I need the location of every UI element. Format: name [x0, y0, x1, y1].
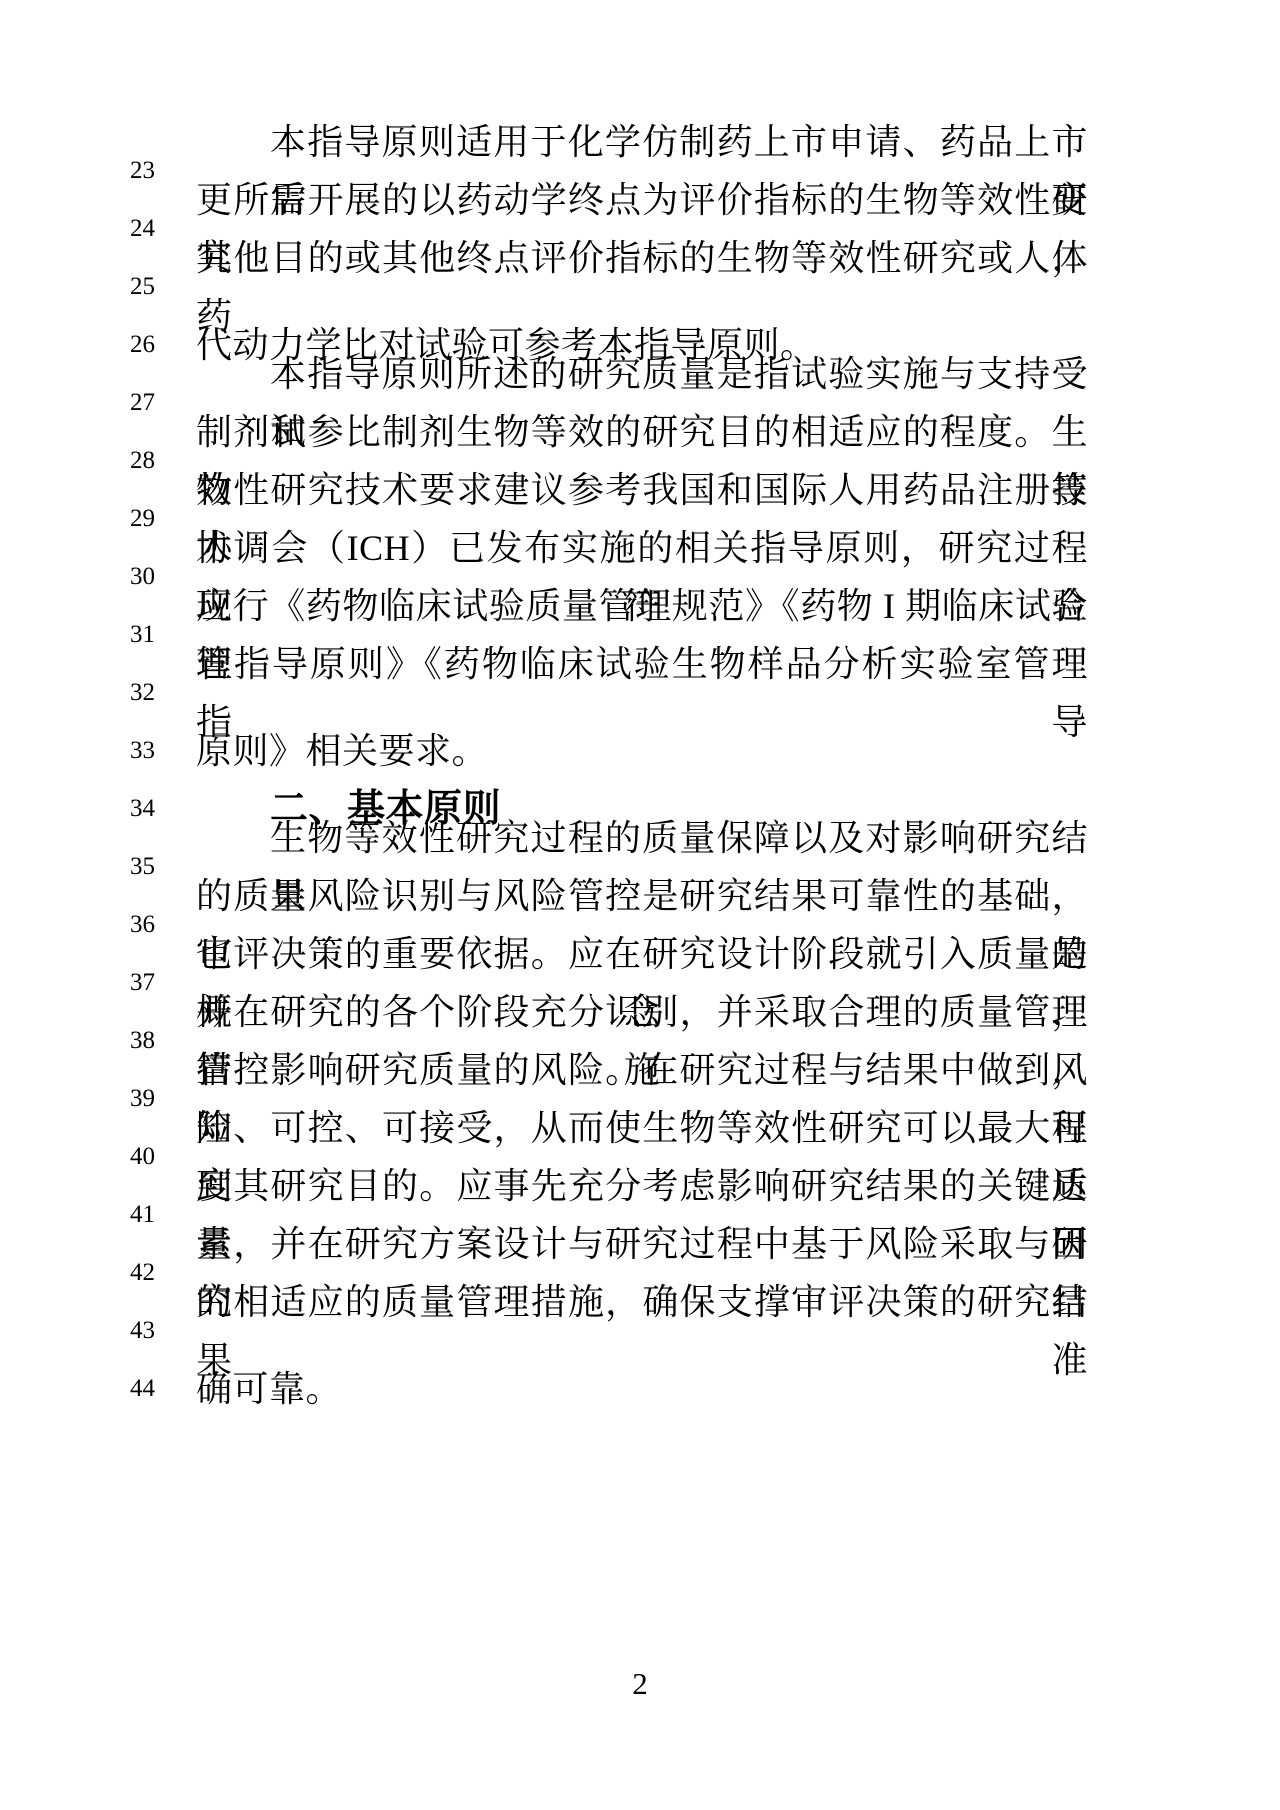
line-row: 43的相适应的质量管理措施，确保支撑审评决策的研究结果准 — [0, 1302, 1280, 1360]
line-row: 44确可靠。 — [0, 1360, 1280, 1418]
line-row: 25其他目的或其他终点评价指标的生物等效性研究或人体药 — [0, 258, 1280, 316]
line-number: 24 — [130, 200, 196, 258]
page-number: 2 — [0, 1666, 1280, 1702]
line-number: 38 — [130, 1012, 196, 1070]
line-number: 27 — [130, 374, 196, 432]
line-number: 39 — [130, 1070, 196, 1128]
line-number: 43 — [130, 1302, 196, 1360]
text-block: 23本指导原则适用于化学仿制药上市申请、药品上市后变24更所需开展的以药动学终点… — [0, 142, 1280, 1418]
line-text: 确可靠。 — [196, 1360, 1088, 1418]
line-number: 40 — [130, 1128, 196, 1186]
line-row: 32理指导原则》《药物临床试验生物样品分析实验室管理指导 — [0, 664, 1280, 722]
line-number: 37 — [130, 954, 196, 1012]
line-number: 30 — [130, 548, 196, 606]
line-number: 28 — [130, 432, 196, 490]
line-number: 23 — [130, 142, 196, 200]
line-number: 25 — [130, 258, 196, 316]
line-number: 41 — [130, 1186, 196, 1244]
line-number: 31 — [130, 606, 196, 664]
line-number: 44 — [130, 1360, 196, 1418]
line-number: 35 — [130, 838, 196, 896]
line-number: 26 — [130, 316, 196, 374]
line-text: 原则》相关要求。 — [196, 722, 1088, 780]
line-number: 29 — [130, 490, 196, 548]
line-number: 33 — [130, 722, 196, 780]
line-row: 33原则》相关要求。 — [0, 722, 1280, 780]
document-page: 23本指导原则适用于化学仿制药上市申请、药品上市后变24更所需开展的以药动学终点… — [0, 0, 1280, 1810]
line-number: 42 — [130, 1244, 196, 1302]
line-number: 36 — [130, 896, 196, 954]
line-number: 34 — [130, 780, 196, 838]
line-number: 32 — [130, 664, 196, 722]
